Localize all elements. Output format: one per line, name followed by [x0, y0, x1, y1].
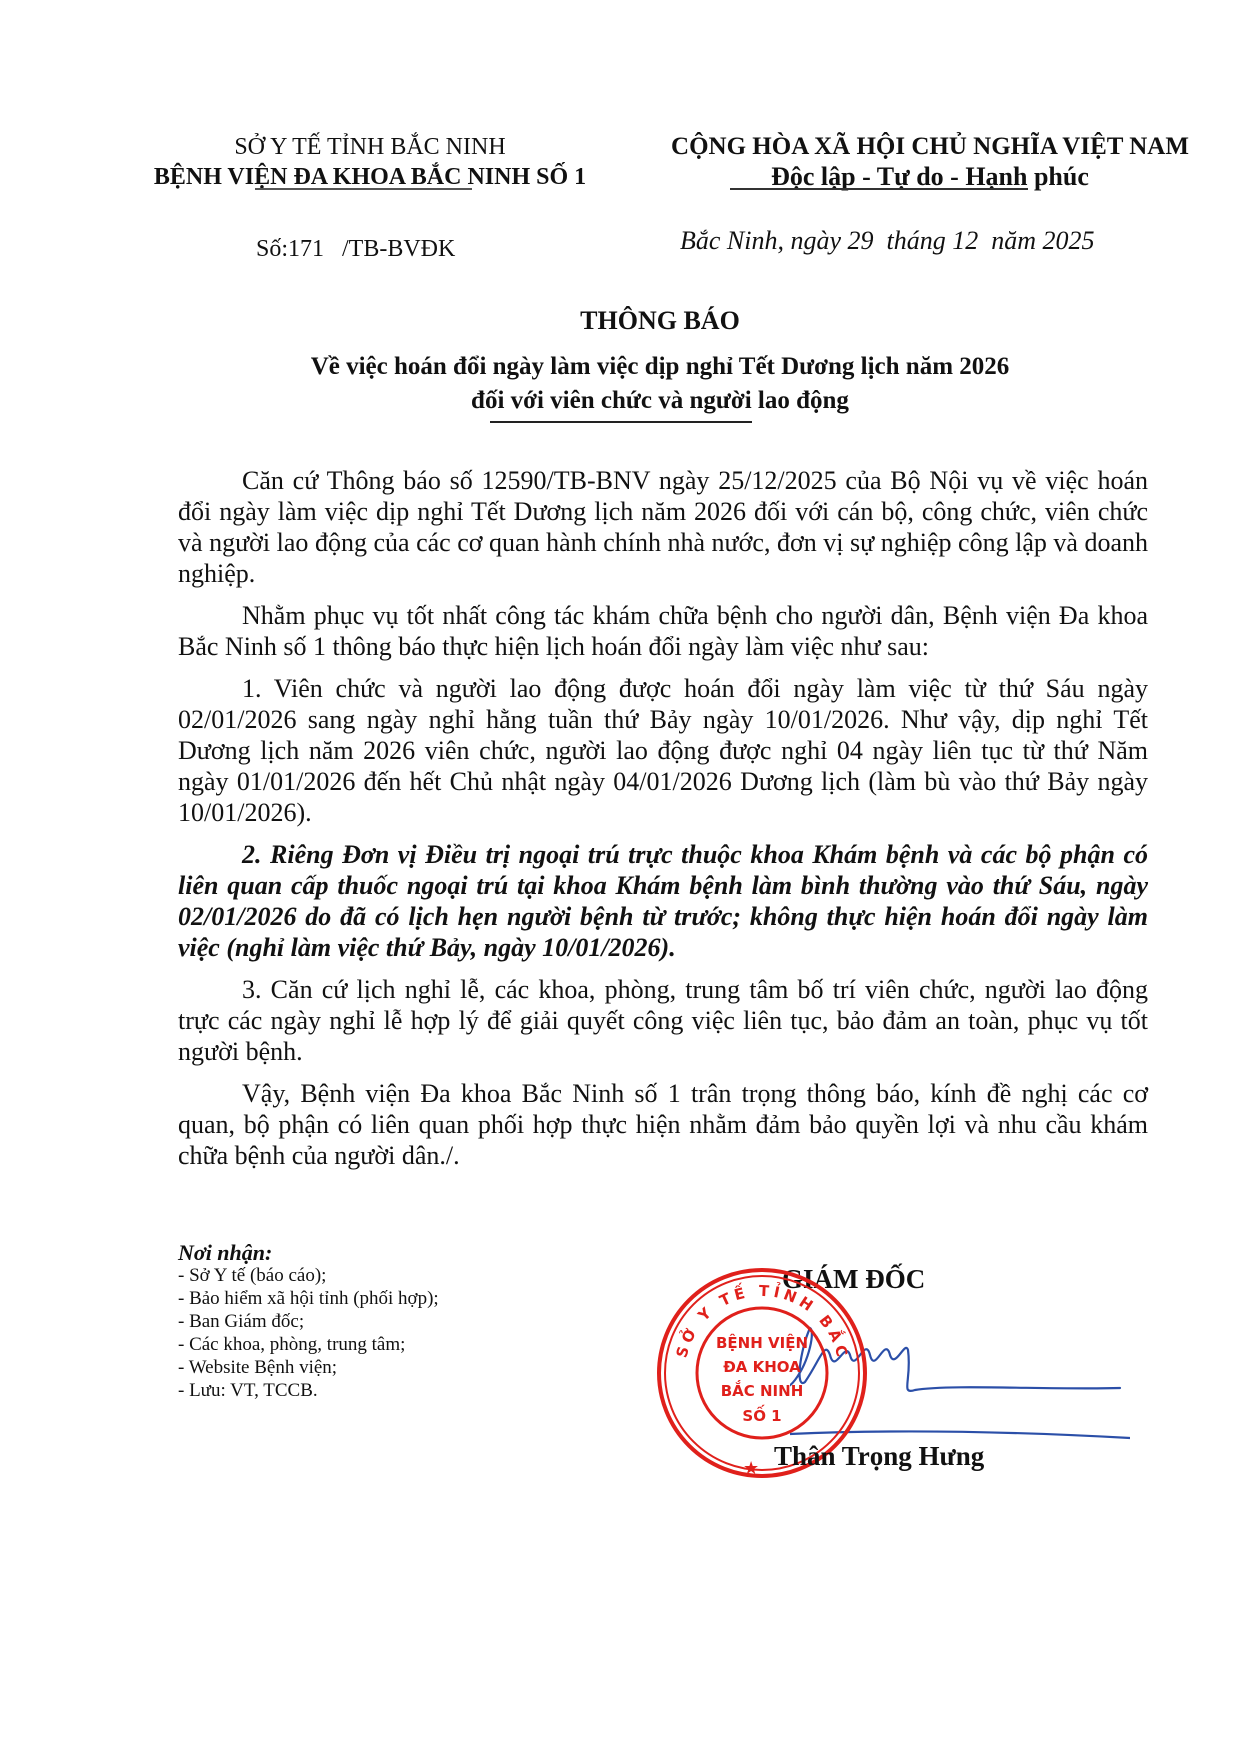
recipient-item: - Các khoa, phòng, trung tâm; — [178, 1333, 439, 1356]
document-number: Số:171 /TB-BVĐK — [256, 236, 455, 263]
recipient-item: - Bảo hiểm xã hội tỉnh (phối hợp); — [178, 1287, 439, 1310]
parent-agency: SỞ Y TẾ TỈNH BẮC NINH — [100, 132, 640, 162]
body-paragraph-emphasized: 2. Riêng Đơn vị Điều trị ngoại trú trực … — [178, 839, 1148, 963]
body-paragraph: Căn cứ Thông báo số 12590/TB-BNV ngày 25… — [178, 465, 1148, 589]
national-heading-block: CỘNG HÒA XÃ HỘI CHỦ NGHĨA VIỆT NAM Độc l… — [640, 132, 1220, 192]
recipient-item: - Website Bệnh viện; — [178, 1356, 439, 1379]
signer-name: Thân Trọng Hưng — [774, 1441, 984, 1472]
place-and-date: Bắc Ninh, ngày 29 tháng 12 năm 2025 — [680, 226, 1095, 256]
recipient-item: - Sở Y tế (báo cáo); — [178, 1264, 439, 1287]
body-paragraph: 3. Căn cứ lịch nghỉ lễ, các khoa, phòng,… — [178, 974, 1148, 1067]
agency-underline — [255, 188, 472, 190]
document-subject: Về việc hoán đổi ngày làm việc dịp nghỉ … — [100, 350, 1220, 418]
svg-text:SỐ 1: SỐ 1 — [742, 1404, 781, 1425]
recipients-block: Nơi nhận: - Sở Y tế (báo cáo); - Bảo hiể… — [178, 1241, 439, 1402]
title-underline — [490, 421, 752, 423]
svg-text:BỆNH VIỆN: BỆNH VIỆN — [716, 1332, 808, 1352]
document-body: Căn cứ Thông báo số 12590/TB-BNV ngày 25… — [178, 465, 1148, 1182]
svg-text:ĐA KHOA: ĐA KHOA — [723, 1358, 801, 1376]
svg-text:★: ★ — [743, 1458, 759, 1479]
motto-underline — [730, 188, 1028, 190]
document-type: THÔNG BÁO — [100, 306, 1220, 336]
body-paragraph: 1. Viên chức và người lao động được hoán… — [178, 673, 1148, 828]
subject-line-2: đối với viên chức và người lao động — [100, 384, 1220, 418]
subject-line-1: Về việc hoán đổi ngày làm việc dịp nghỉ … — [100, 350, 1220, 384]
recipient-item: - Lưu: VT, TCCB. — [178, 1379, 439, 1402]
body-paragraph: Vậy, Bệnh viện Đa khoa Bắc Ninh số 1 trâ… — [178, 1078, 1148, 1171]
recipient-item: - Ban Giám đốc; — [178, 1310, 439, 1333]
svg-text:BẮC NINH: BẮC NINH — [721, 1379, 804, 1400]
recipients-heading: Nơi nhận: — [178, 1241, 439, 1264]
body-paragraph: Nhằm phục vụ tốt nhất công tác khám chữa… — [178, 600, 1148, 662]
nation-title: CỘNG HÒA XÃ HỘI CHỦ NGHĨA VIỆT NAM — [640, 132, 1220, 162]
issuing-agency-block: SỞ Y TẾ TỈNH BẮC NINH BỆNH VIỆN ĐA KHOA … — [100, 132, 640, 192]
